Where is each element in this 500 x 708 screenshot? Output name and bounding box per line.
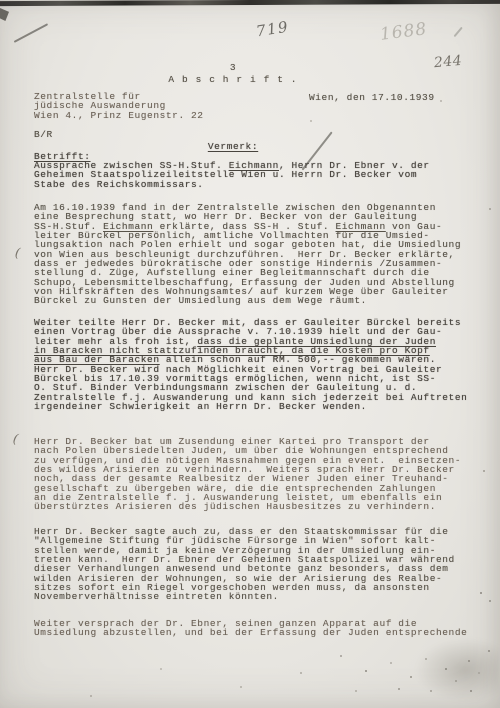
- text-segment: Bürckel zu Gunsten der Umsiedlung aus de…: [34, 295, 367, 306]
- vermerk-heading: Vermerk:: [208, 141, 258, 152]
- text-segment: irgendeiner Schwierigkeit an Herrn Dr. B…: [34, 401, 367, 412]
- paragraph-3: Herr Dr. Becker bat um Zusendung einer K…: [34, 437, 461, 512]
- paragraph-2: Weiter teilte Herr Dr. Becker mit, dass …: [34, 318, 467, 411]
- handwritten-archive-number: 1688: [379, 19, 428, 45]
- document-title: A b s c h r i f t .: [0, 75, 466, 84]
- scan-smudge: [415, 638, 500, 702]
- date-line: Wien, den 17.10.1939: [309, 93, 435, 102]
- handwritten-page-number: 719: [255, 18, 291, 41]
- scan-corner-mark: [0, 8, 9, 21]
- subject-block: Aussprache zwischen SS-H.Stuf. Eichmann,…: [34, 161, 430, 189]
- scanned-document-page: 719 1688 244 3 A b s c h r i f t . Zentr…: [0, 0, 500, 708]
- scan-edge-artifact: [0, 0, 500, 6]
- text-line: überstürztes Arisieren des jüdischen Hau…: [34, 502, 461, 511]
- handwritten-slash-top-left: [14, 23, 49, 43]
- vermerk-heading-row: Vermerk:: [0, 142, 466, 151]
- paragraph-4: Herr Dr. Becker sagte auch zu, dass er d…: [34, 527, 455, 602]
- handwritten-margin-mark-2: (: [12, 432, 20, 448]
- text-segment: überstürztes Arisieren des jüdischen Hau…: [34, 501, 436, 512]
- page-number: 3: [0, 63, 466, 72]
- text-line: Novemberverhältnisse eintreten könnten.: [34, 592, 455, 601]
- sender-address-block: Zentralstelle fürjüdische AuswanderungWi…: [34, 92, 204, 120]
- paragraph-1: Am 16.10.1939 fand in der Zentralstelle …: [34, 203, 461, 306]
- text-segment: Stabe des Reichskommissars.: [34, 179, 204, 190]
- paragraph-5: Weiter versprach der Dr. Ebner, seinen g…: [34, 619, 467, 638]
- scan-noise-specks: [0, 0, 2, 2]
- text-line: Bürckel zu Gunsten der Umsiedlung aus de…: [34, 296, 461, 305]
- text-line: Umsiedlung abzustellen, und bei der Erfa…: [34, 628, 467, 637]
- reference-initials: B/R: [34, 130, 53, 139]
- text-segment: Novemberverhältnisse eintreten könnten.: [34, 591, 279, 602]
- text-segment: Wien 4., Prinz Eugenstr. 22: [34, 110, 204, 121]
- handwritten-tick-mark: [454, 27, 463, 37]
- text-line: Stabe des Reichskommissars.: [34, 180, 430, 189]
- text-segment: Umsiedlung abzustellen, und bei der Erfa…: [34, 627, 467, 638]
- handwritten-margin-mark-1: (: [14, 246, 21, 262]
- text-line: Wien 4., Prinz Eugenstr. 22: [34, 111, 204, 120]
- text-line: irgendeiner Schwierigkeit an Herrn Dr. B…: [34, 402, 467, 411]
